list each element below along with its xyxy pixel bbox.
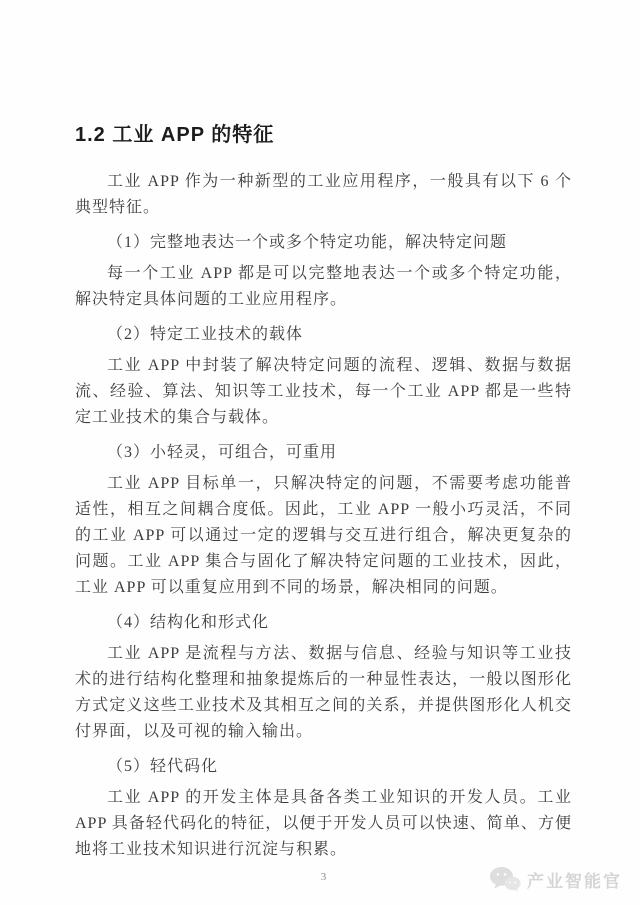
- intro-paragraph: 工业 APP 作为一种新型的工业应用程序，一般具有以下 6 个典型特征。: [75, 169, 572, 221]
- paragraph-feature-3: 工业 APP 目标单一，只解决特定的问题，不需要考虑功能普适性，相互之间耦合度低…: [75, 471, 572, 601]
- subheading-feature-4: （4）结构化和形式化: [75, 610, 572, 636]
- paragraph-feature-1: 每一个工业 APP 都是可以完整地表达一个或多个特定功能，解决特定具体问题的工业…: [75, 261, 572, 313]
- subheading-feature-2: （2）特定工业技术的载体: [75, 322, 572, 348]
- watermark-label: 产业智能官: [527, 867, 622, 892]
- section-title: 1.2 工业 APP 的特征: [75, 118, 572, 147]
- paragraph-feature-4: 工业 APP 是流程与方法、数据与信息、经验与知识等工业技术的进行结构化整理和抽…: [75, 641, 572, 745]
- subheading-feature-5: （5）轻代码化: [75, 754, 572, 780]
- document-page: 1.2 工业 APP 的特征 工业 APP 作为一种新型的工业应用程序，一般具有…: [0, 0, 640, 905]
- paragraph-feature-5: 工业 APP 的开发主体是具备各类工业知识的开发人员。工业 APP 具备轻代码化…: [75, 785, 572, 863]
- subheading-feature-1: （1）完整地表达一个或多个特定功能，解决特定问题: [75, 230, 572, 256]
- wechat-icon: [489, 865, 521, 893]
- subheading-feature-3: （3）小轻灵，可组合，可重用: [75, 440, 572, 466]
- watermark: 产业智能官: [489, 865, 622, 893]
- paragraph-feature-2: 工业 APP 中封装了解决特定问题的流程、逻辑、数据与数据流、经验、算法、知识等…: [75, 353, 572, 431]
